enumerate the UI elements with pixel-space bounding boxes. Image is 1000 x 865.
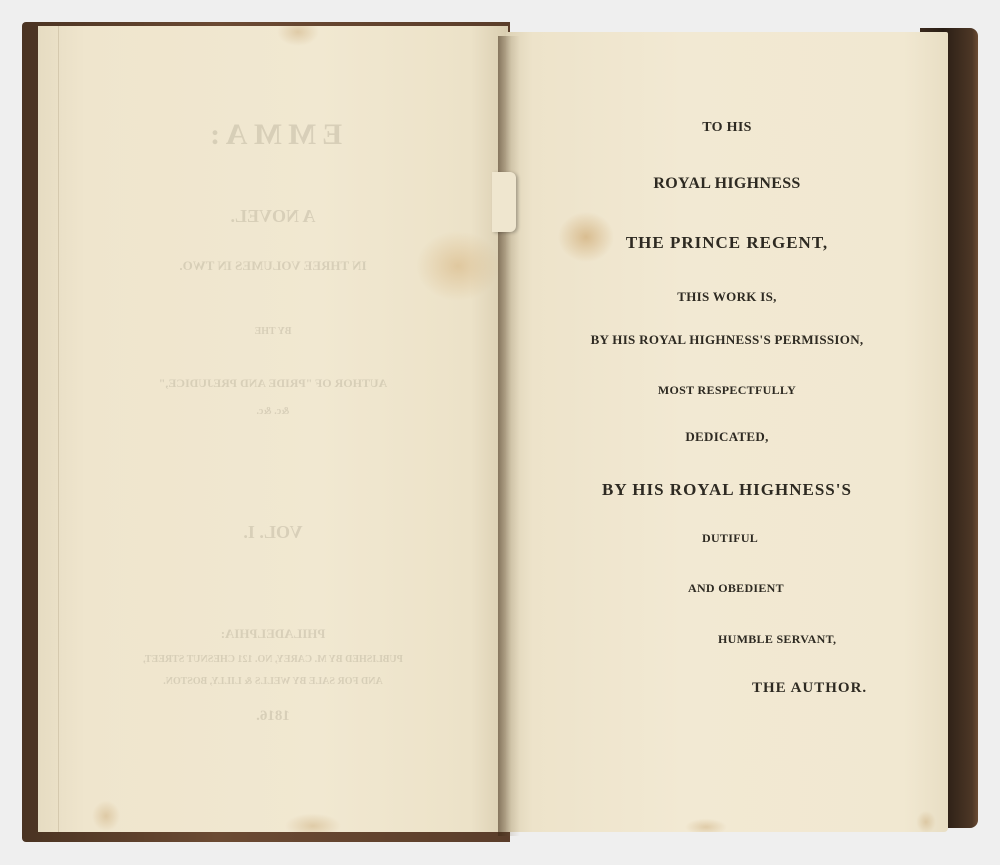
showthrough-line: PHILADELPHIA: bbox=[38, 626, 508, 642]
dedication-line: DEDICATED, bbox=[506, 429, 948, 445]
dedication-line: BY HIS ROYAL HIGHNESS'S bbox=[506, 480, 948, 500]
showthrough-line: AND FOR SALE BY WELLS & LILLY, BOSTON. bbox=[38, 676, 508, 687]
showthrough-line: 1816. bbox=[38, 708, 508, 725]
showthrough-title: EMMA: bbox=[38, 118, 508, 152]
showthrough-line: VOL. I. bbox=[38, 522, 508, 543]
showthrough-line: AUTHOR OF "PRIDE AND PREJUDICE," bbox=[38, 376, 508, 391]
left-page-showthrough: EMMA: A NOVEL. IN THREE VOLUMES IN TWO. … bbox=[38, 26, 508, 832]
dedication-line: THE PRINCE REGENT, bbox=[506, 233, 948, 253]
dedication-line: ROYAL HIGHNESS bbox=[506, 175, 948, 193]
dedication-line: THIS WORK IS, bbox=[506, 289, 948, 305]
showthrough-line: PUBLISHED BY M. CAREY, NO. 121 CHESNUT S… bbox=[38, 654, 508, 665]
dedication-line: HUMBLE SERVANT, bbox=[718, 632, 836, 647]
dedication-line: AND OBEDIENT bbox=[688, 581, 784, 596]
showthrough-line: IN THREE VOLUMES IN TWO. bbox=[38, 258, 508, 274]
showthrough-line: A NOVEL. bbox=[38, 206, 508, 227]
dedication-line: BY HIS ROYAL HIGHNESS'S PERMISSION, bbox=[506, 332, 948, 348]
showthrough-line: BY THE bbox=[38, 326, 508, 337]
dedication-line: MOST RESPECTFULLY bbox=[506, 383, 948, 398]
dedication-signature: THE AUTHOR. bbox=[752, 680, 867, 697]
dedication-line: TO HIS bbox=[506, 120, 948, 136]
showthrough-line: &c. &c. bbox=[38, 406, 508, 417]
dedication-line: DUTIFUL bbox=[702, 531, 758, 546]
dedication-text: TO HIS ROYAL HIGHNESS THE PRINCE REGENT,… bbox=[506, 32, 948, 832]
